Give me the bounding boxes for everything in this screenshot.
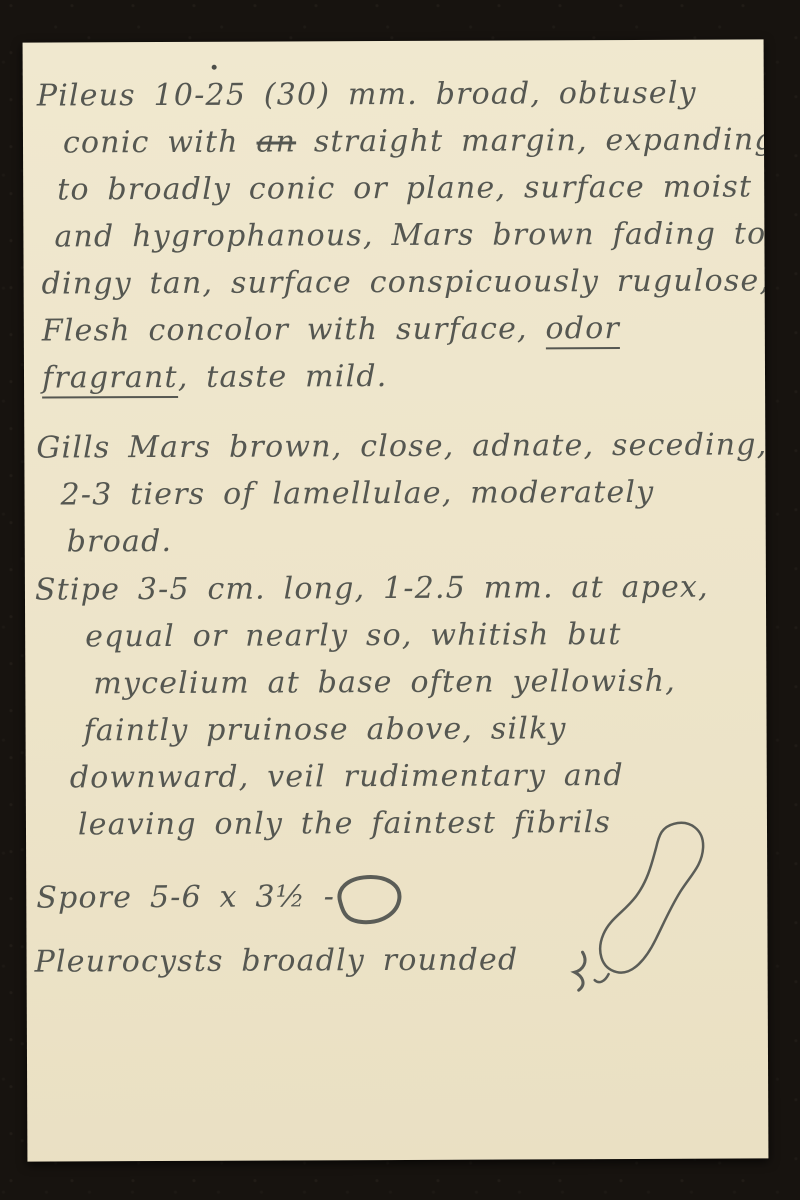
text-line: conic with an straight margin, expanding — [63, 116, 764, 166]
struck-out-text: an — [256, 124, 296, 159]
text-segment: Pleurocysts broadly rounded — [34, 942, 518, 979]
text-line: 2-3 tiers of lamellulae, moderately — [60, 468, 765, 518]
text-segment: equal or nearly so, whitish but — [85, 617, 622, 654]
text-segment: leaving only the faintest fibrils — [78, 805, 611, 842]
text-segment: and hygrophanous, Mars brown fading to — [54, 216, 766, 254]
text-line: broad. — [67, 515, 766, 565]
text-segment: mycelium at base often yellowish, — [93, 664, 676, 702]
text-line: dingy tan, surface conspicuously rugulos… — [42, 257, 765, 307]
text-line: and hygrophanous, Mars brown fading to — [54, 210, 764, 260]
underlined-text: fragrant — [42, 360, 178, 399]
index-card: Pileus 10-25 (30) mm. broad, obtuselycon… — [23, 39, 769, 1161]
underlined-text: odor — [545, 311, 620, 349]
cystidium-outline-sketch — [592, 818, 723, 1001]
text-line: Stipe 3-5 cm. long, 1-2.5 mm. at apex, — [35, 563, 766, 613]
paragraph-pileus-description: Pileus 10-25 (30) mm. broad, obtuselycon… — [23, 69, 765, 401]
text-segment: Stipe 3-5 cm. long, 1-2.5 mm. at apex, — [35, 570, 709, 608]
text-line: Flesh concolor with surface, odor — [42, 304, 765, 354]
text-segment: Flesh concolor with surface, — [42, 311, 546, 348]
photo-background: Pileus 10-25 (30) mm. broad, obtuselycon… — [0, 0, 800, 1200]
text-line: fragrant, taste mild. — [42, 351, 765, 401]
text-segment: downward, veil rudimentary and — [70, 758, 624, 795]
spore-outline-sketch — [327, 869, 413, 933]
text-segment: dingy tan, surface conspicuously rugulos… — [42, 263, 769, 301]
text-segment: faintly pruinose above, silky — [83, 711, 566, 748]
flourish-mark — [565, 948, 593, 994]
text-line: to broadly conic or plane, surface moist — [57, 163, 764, 213]
text-segment: to broadly conic or plane, surface moist — [57, 169, 752, 207]
text-segment: Pileus 10-25 (30) mm. broad, obtusely — [37, 76, 697, 114]
text-segment: Gills Mars brown, close, adnate, secedin… — [36, 427, 767, 465]
text-line: downward, veil rudimentary and — [70, 751, 767, 801]
text-segment: broad. — [67, 524, 173, 559]
text-segment: conic with — [63, 125, 257, 161]
text-line: Pileus 10-25 (30) mm. broad, obtusely — [37, 69, 764, 119]
text-line: mycelium at base often yellowish, — [93, 657, 766, 707]
text-segment: , taste mild. — [178, 359, 388, 395]
text-line: faintly pruinose above, silky — [83, 704, 766, 754]
text-line: equal or nearly so, whitish but — [85, 610, 766, 660]
text-segment: straight margin, expanding — [296, 122, 768, 159]
text-line: Gills Mars brown, close, adnate, secedin… — [36, 421, 765, 471]
text-segment: Spore 5-6 x 3½ - — [36, 879, 335, 915]
paragraph-gills-description: Gills Mars brown, close, adnate, secedin… — [24, 421, 766, 565]
paragraph-stipe-description: Stipe 3-5 cm. long, 1-2.5 mm. at apex,eq… — [25, 563, 767, 848]
text-segment: 2-3 tiers of lamellulae, moderately — [60, 475, 654, 513]
